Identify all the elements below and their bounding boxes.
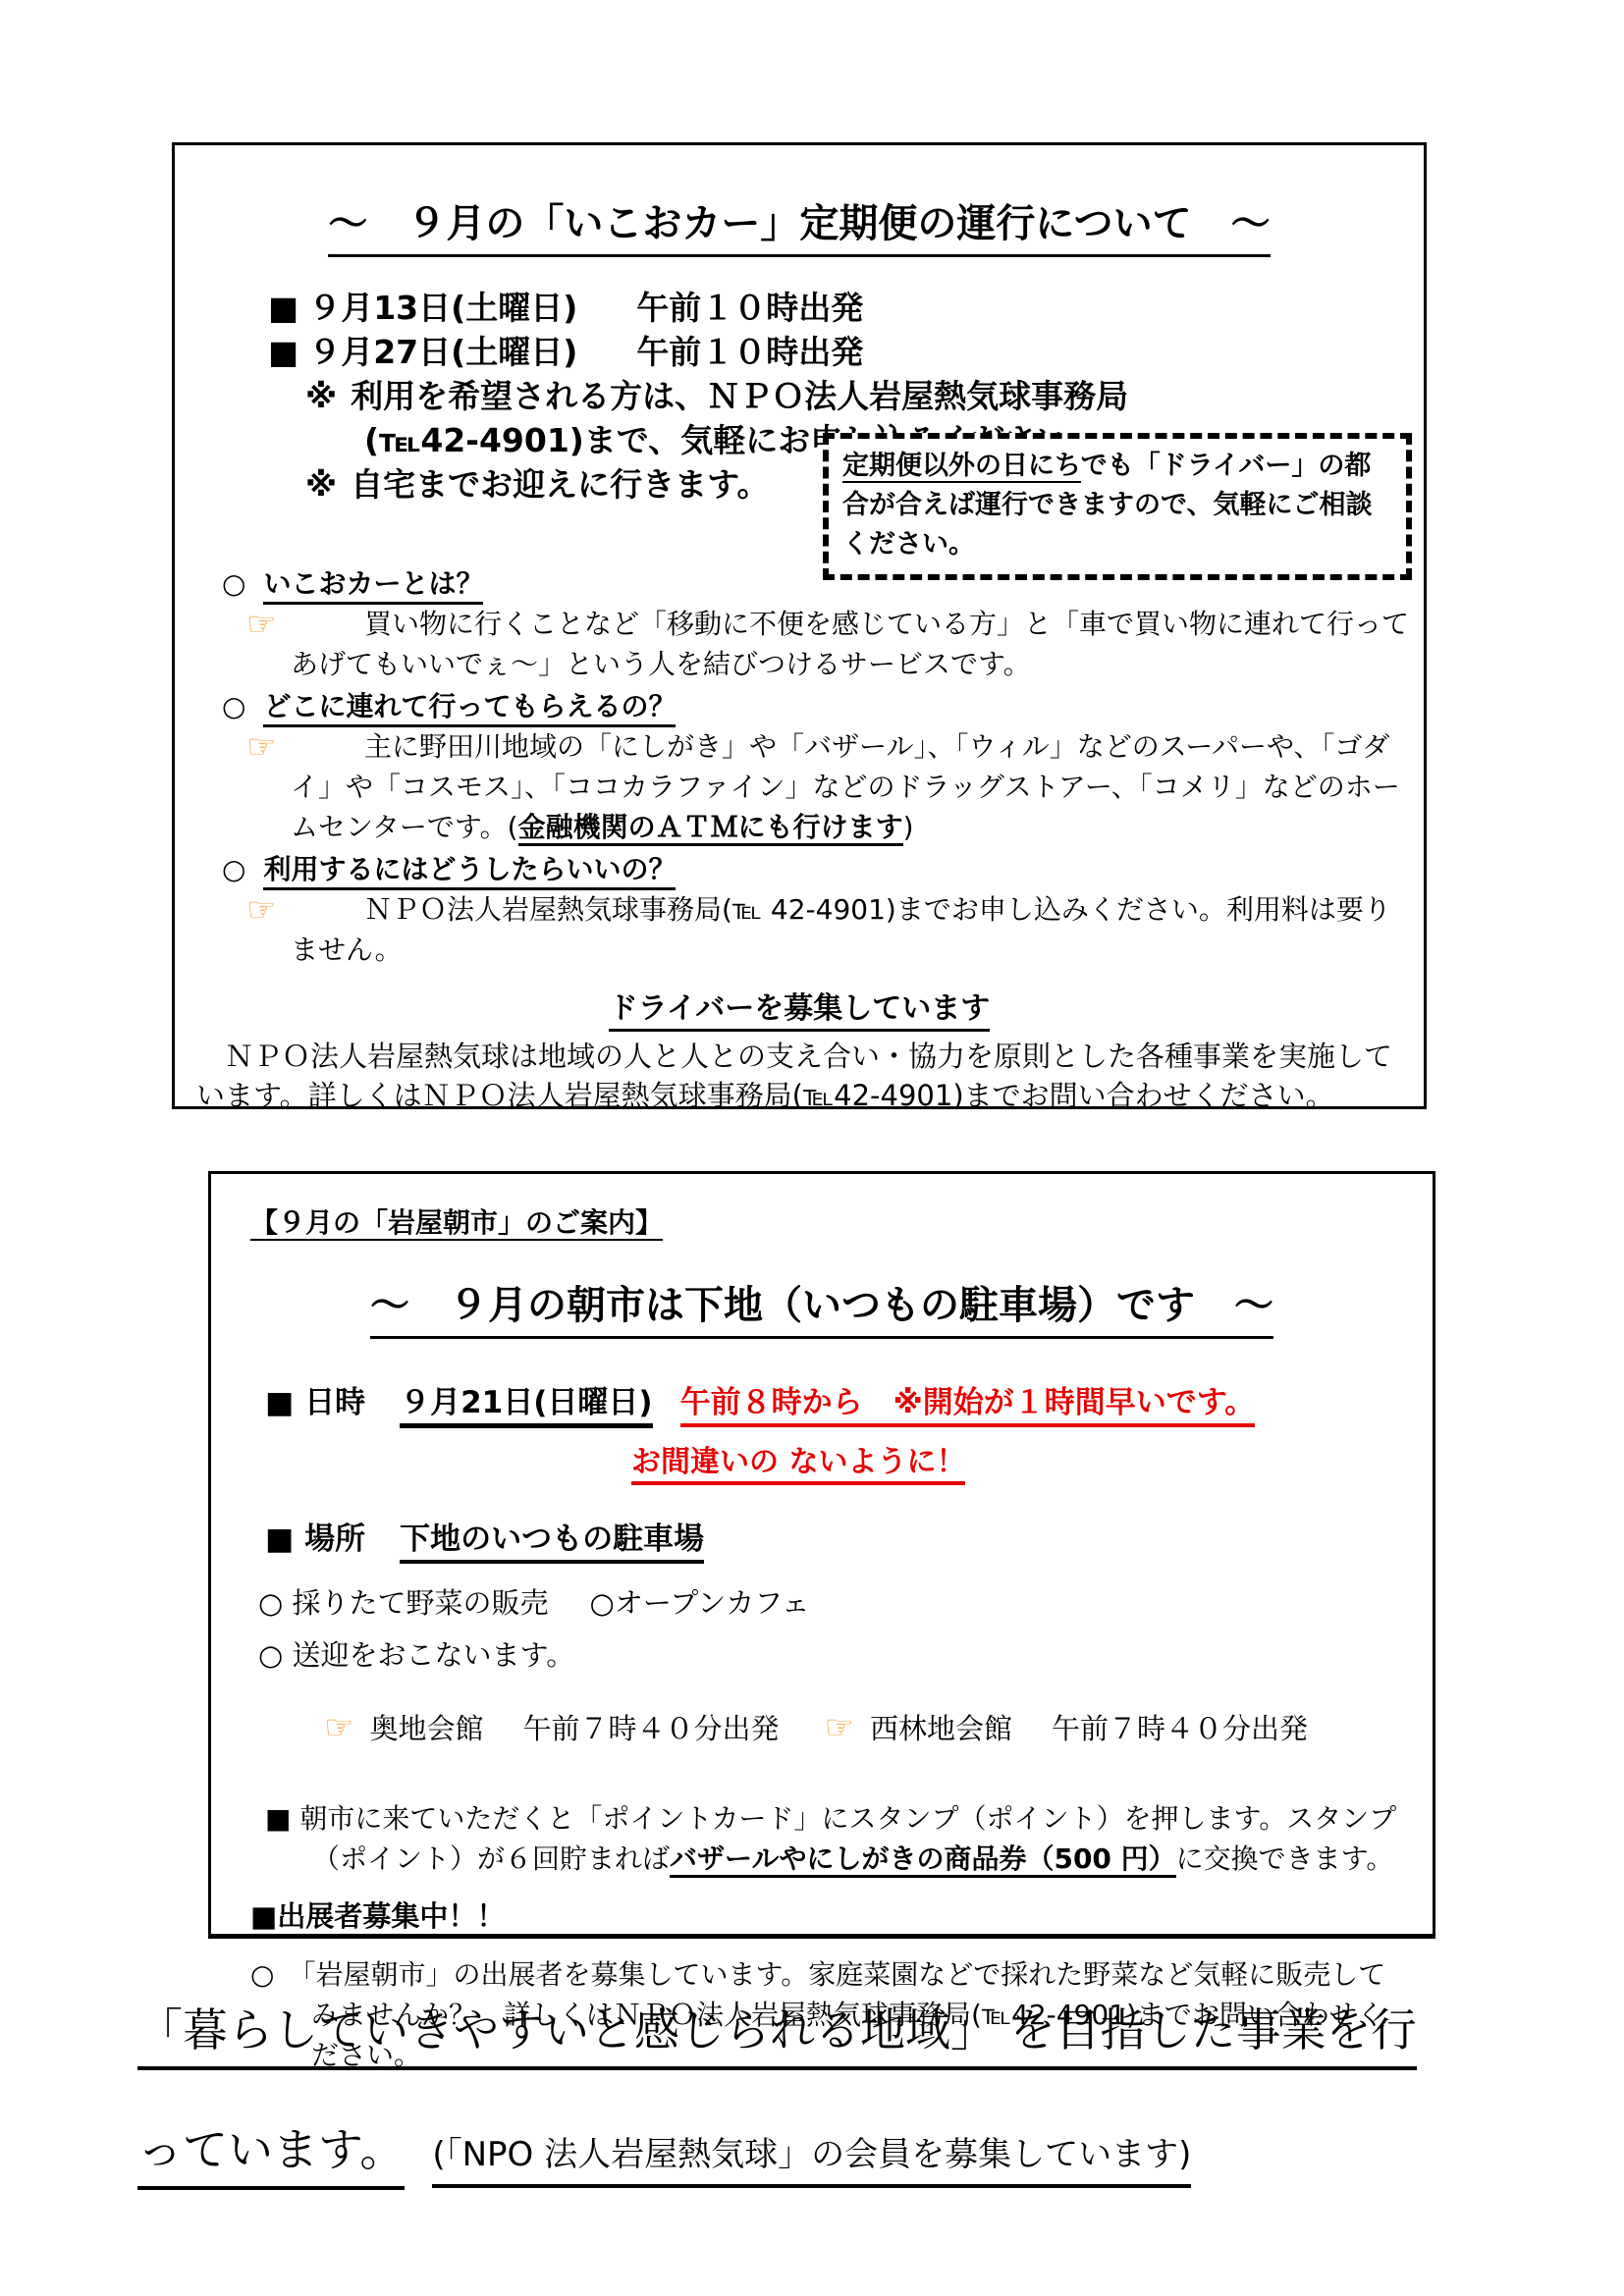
- footer-line-1: 「暮らしていきやすいと感じられる地域」 を目指した事業を行: [137, 1995, 1512, 2059]
- schedule-line-1: ■９月13日(土曜日)午前１０時出発: [268, 286, 1424, 330]
- kome-mark: ※: [305, 377, 337, 415]
- market-datetime-line: ■ 日時９月21日(日曜日)午前８時から ※開始が１時間早いです。: [265, 1377, 1433, 1421]
- driver-recruit-body: ＮＰＯ法人岩屋熱気球は地域の人と人との支え合い・協力を原則とした各種事業を実施し…: [196, 1037, 1410, 1115]
- apply-note-text: 利用を希望される方は、ＮＰＯ法人岩屋熱気球事務局: [351, 377, 1128, 415]
- footer-slogan: 「暮らしていきやすいと感じられる地域」 を目指した事業を行 っています。(「NP…: [137, 1995, 1512, 2179]
- footer-line-2: っています。(「NPO 法人岩屋熱気球」の会員を募集しています): [137, 2114, 1512, 2179]
- qa-question-1-text: いこおカーとは？: [263, 567, 483, 605]
- schedule-line-2: ■９月27日(土曜日)午前１０時出発: [268, 330, 1424, 374]
- square-bullet-icon: ■: [265, 1802, 299, 1835]
- pickup1-name: 奥地会館: [369, 1712, 483, 1745]
- place-label: ■ 場所: [265, 1522, 365, 1557]
- place-value: 下地のいつもの駐車場: [400, 1522, 704, 1564]
- schedule-time-1: 午前１０時出発: [636, 289, 863, 327]
- driver-recruit-title-text: ドライバーを募集しています: [609, 991, 991, 1032]
- item-cafe: ○オープンカフェ: [590, 1586, 810, 1620]
- circle-bullet-icon: ○: [250, 1958, 301, 1991]
- circle-bullet-icon: ○: [222, 690, 245, 722]
- datetime-warning-2: お間違いの ないように！: [631, 1437, 1433, 1480]
- pointing-hand-icon: ☞: [246, 727, 276, 768]
- schedule-time-2: 午前１０時出発: [636, 333, 863, 371]
- qa-answer-3: ☞ＮＰＯ法人岩屋熱気球事務局(℡ 42-4901)までお申し込みください。利用料…: [222, 889, 1418, 970]
- circle-bullet-icon: ○: [222, 567, 245, 600]
- ikoo-car-title: ～ ９月の「いこおカー」定期便の運行について ～: [175, 192, 1424, 248]
- datetime-date: ９月21日(日曜日): [400, 1385, 652, 1428]
- pickup1-time: 午前７時４０分出発: [523, 1712, 780, 1745]
- pickup2-time: 午前７時４０分出発: [1052, 1712, 1308, 1745]
- flyer-page: ～ ９月の「いこおカー」定期便の運行について ～ ■９月13日(土曜日)午前１０…: [0, 0, 1624, 2296]
- qa-question-2-text: どこに連れて行ってもらえるの？: [263, 690, 676, 727]
- qa-question-3: ○利用するにはどうしたらいいの？: [222, 849, 1418, 889]
- ikoo-car-section: ～ ９月の「いこおカー」定期便の運行について ～ ■９月13日(土曜日)午前１０…: [172, 142, 1427, 1109]
- footer-line-1-text: 「暮らしていきやすいと感じられる地域」 を目指した事業を行: [137, 2003, 1417, 2070]
- datetime-warning-2-text: お間違いの ないように！: [631, 1445, 965, 1485]
- qa-answer-3-text: ＮＰＯ法人岩屋熱気球事務局(℡ 42-4901)までお申し込みください。利用料は…: [291, 893, 1391, 966]
- footer-membership-note: (「NPO 法人岩屋熱気球」の会員を募集しています): [432, 2135, 1191, 2188]
- market-title-text: ～ ９月の朝市は下地（いつもの駐車場）です ～: [370, 1283, 1273, 1339]
- pointing-hand-icon: ☞: [246, 890, 276, 931]
- qa-answer-1-text: 買い物に行くことなど「移動に不便を感じている方」と「車で買い物に連れて行ってあげ…: [291, 608, 1409, 680]
- pickup2-name: 西林地会館: [870, 1712, 1012, 1745]
- pointing-hand-icon: ☞: [324, 1708, 353, 1747]
- schedule-date-1: ９月13日(土曜日): [308, 289, 577, 327]
- square-bullet-icon: ■: [268, 333, 298, 371]
- pointing-hand-icon: ☞: [246, 605, 276, 645]
- pickup-schedule-line: ☞奥地会館午前７時４０分出発☞西林地会館午前７時４０分出発: [324, 1707, 1433, 1747]
- qa-list: ○いこおカーとは？ ☞買い物に行くことなど「移動に不便を感じている方」と「車で買…: [222, 563, 1418, 970]
- schedule-date-2: ９月27日(土曜日): [308, 333, 577, 371]
- callout-underlined-text: 定期便以外の日にち: [842, 451, 1081, 483]
- qa-question-2: ○どこに連れて行ってもらえるの？: [222, 686, 1418, 726]
- irregular-day-callout-box: 定期便以外の日にちでも「ドライバー」の都合が合えば運行できますので、気軽にご相談…: [823, 433, 1412, 580]
- stamp-text-post: に交換できます。: [1176, 1842, 1394, 1875]
- qa-answer-2: ☞主に野田川地域の「にしがき」や「バザール」、「ウィル」などのスーパーや、「ゴダ…: [222, 726, 1418, 847]
- qa-question-3-text: 利用するにはどうしたらいいの？: [263, 853, 676, 890]
- exhibitor-recruit-heading: ■出展者募集中！！: [250, 1895, 1433, 1935]
- market-title: ～ ９月の朝市は下地（いつもの駐車場）です ～: [211, 1274, 1433, 1330]
- home-pickup-text: 自宅までお迎えに行きます。: [351, 465, 769, 504]
- footer-line-2-big-text: っています。: [137, 2123, 405, 2190]
- market-items-line: ○ 採りたて野菜の販売○オープンカフェ: [258, 1581, 1433, 1622]
- market-place-line: ■ 場所下地のいつもの駐車場: [265, 1514, 1433, 1558]
- market-guide-header: 【９月の「岩屋朝市」のご案内】: [250, 1201, 1433, 1241]
- stamp-text-emphasis: バザールやにしがきの商品券（500 円）: [670, 1842, 1176, 1878]
- apply-note-line-1: ※利用を希望される方は、ＮＰＯ法人岩屋熱気球事務局: [305, 374, 1424, 418]
- square-bullet-icon: ■: [268, 289, 298, 327]
- market-guide-header-text: 【９月の「岩屋朝市」のご案内】: [250, 1206, 663, 1241]
- morning-market-section: 【９月の「岩屋朝市」のご案内】 ～ ９月の朝市は下地（いつもの駐車場）です ～ …: [208, 1171, 1435, 1939]
- pointing-hand-icon: ☞: [825, 1708, 854, 1747]
- qa-answer-2-emphasis: 金融機関のＡＴＭにも行けます: [518, 811, 903, 846]
- datetime-label: ■ 日時: [265, 1385, 365, 1420]
- qa-answer-1: ☞買い物に行くことなど「移動に不便を感じている方」と「車で買い物に連れて行ってあ…: [222, 604, 1418, 684]
- stamp-card-paragraph: ■ 朝市に来ていただくと「ポイントカード」にスタンプ（ポイント）を押します。スタ…: [265, 1798, 1401, 1879]
- kome-mark: ※: [305, 465, 337, 504]
- item-vegetables: ○ 採りたて野菜の販売: [258, 1586, 549, 1620]
- datetime-warning: 午前８時から ※開始が１時間早いです。: [680, 1385, 1256, 1427]
- circle-bullet-icon: ○: [222, 853, 245, 885]
- ikoo-car-title-text: ～ ９月の「いこおカー」定期便の運行について ～: [328, 201, 1270, 257]
- item-pickup: ○ 送迎をおこないます。: [258, 1633, 1433, 1674]
- qa-answer-2-close: ): [903, 811, 914, 843]
- driver-recruit-title: ドライバーを募集しています: [175, 984, 1424, 1027]
